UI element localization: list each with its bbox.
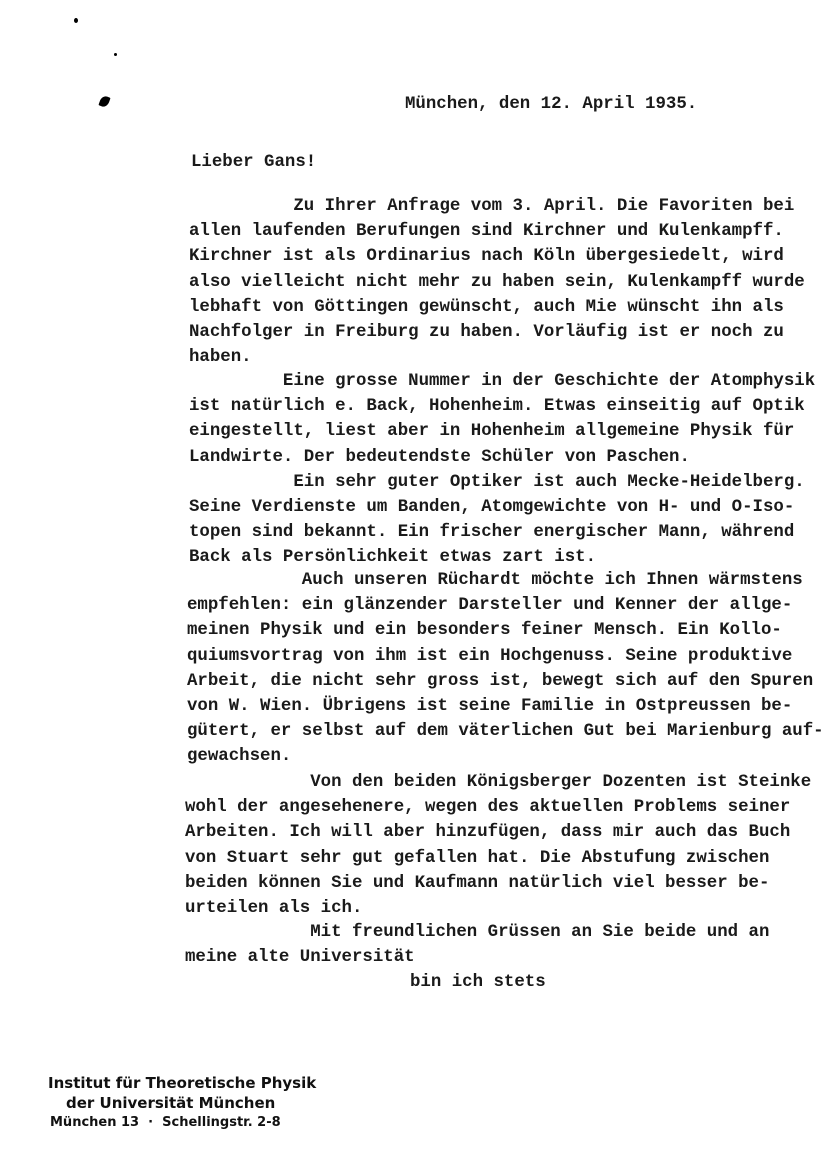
text-line: wohl der angesehenere, wegen des aktuell…	[185, 795, 811, 820]
text-line: Auch unseren Rüchardt möchte ich Ihnen w…	[187, 568, 824, 593]
text-line: von W. Wien. Übrigens ist seine Familie …	[187, 694, 824, 719]
paragraph: Eine grosse Nummer in der Geschichte der…	[189, 369, 815, 571]
salutation: Lieber Gans!	[191, 150, 316, 175]
text-line: allen laufenden Berufungen sind Kirchner…	[189, 219, 805, 244]
text-line: Back als Persönlichkeit etwas zart ist.	[189, 545, 815, 570]
text-line: beiden können Sie und Kaufmann natürlich…	[185, 871, 811, 896]
text-line: Seine Verdienste um Banden, Atomgewichte…	[189, 495, 815, 520]
ink-speck	[114, 53, 117, 56]
text-line: quiumsvortrag von ihm ist ein Hochgenuss…	[187, 644, 824, 669]
text-line: Zu Ihrer Anfrage vom 3. April. Die Favor…	[189, 194, 805, 219]
text-line: Von den beiden Königsberger Dozenten ist…	[185, 770, 811, 795]
text-line: gewachsen.	[187, 744, 824, 769]
letter-date: München, den 12. April 1935.	[405, 92, 697, 117]
paragraph: Auch unseren Rüchardt möchte ich Ihnen w…	[187, 568, 824, 770]
text-line: topen sind bekannt. Ein frischer energis…	[189, 520, 815, 545]
text-line: Arbeiten. Ich will aber hinzufügen, dass…	[185, 820, 811, 845]
ink-blot	[98, 95, 110, 108]
text-line: Arbeit, die nicht sehr gross ist, bewegt…	[187, 669, 824, 694]
paragraph: Mit freundlichen Grüssen an Sie beide un…	[185, 920, 769, 970]
text-line: gütert, er selbst auf dem väterlichen Gu…	[187, 719, 824, 744]
text-line: Kirchner ist als Ordinarius nach Köln üb…	[189, 244, 805, 269]
text-line: empfehlen: ein glänzender Darsteller und…	[187, 593, 824, 618]
text-line: meine alte Universität	[185, 945, 769, 970]
text-line: Ein sehr guter Optiker ist auch Mecke-He…	[189, 470, 815, 495]
stamp-address: München 13 · Schellingstr. 2-8	[48, 1113, 316, 1133]
text-line: urteilen als ich.	[185, 896, 811, 921]
paragraph: Zu Ihrer Anfrage vom 3. April. Die Favor…	[189, 194, 805, 370]
stamp-university: der Universität München	[48, 1093, 316, 1113]
text-line: lebhaft von Göttingen gewünscht, auch Mi…	[189, 295, 805, 320]
text-line: eingestellt, liest aber in Hohenheim all…	[189, 419, 815, 444]
closing-line: bin ich stets	[410, 970, 546, 995]
institute-stamp: Institut für Theoretische Physik der Uni…	[48, 1073, 316, 1133]
ink-speck	[74, 18, 78, 23]
text-line: meinen Physik und ein besonders feiner M…	[187, 618, 824, 643]
text-line: also vielleicht nicht mehr zu haben sein…	[189, 270, 805, 295]
text-line: haben.	[189, 345, 805, 370]
stamp-institute: Institut für Theoretische Physik	[48, 1073, 316, 1093]
paragraph: Von den beiden Königsberger Dozenten ist…	[185, 770, 811, 921]
text-line: Landwirte. Der bedeutendste Schüler von …	[189, 445, 815, 470]
text-line: Eine grosse Nummer in der Geschichte der…	[189, 369, 815, 394]
text-line: ist natürlich e. Back, Hohenheim. Etwas …	[189, 394, 815, 419]
text-line: Mit freundlichen Grüssen an Sie beide un…	[185, 920, 769, 945]
text-line: von Stuart sehr gut gefallen hat. Die Ab…	[185, 846, 811, 871]
text-line: Nachfolger in Freiburg zu haben. Vorläuf…	[189, 320, 805, 345]
